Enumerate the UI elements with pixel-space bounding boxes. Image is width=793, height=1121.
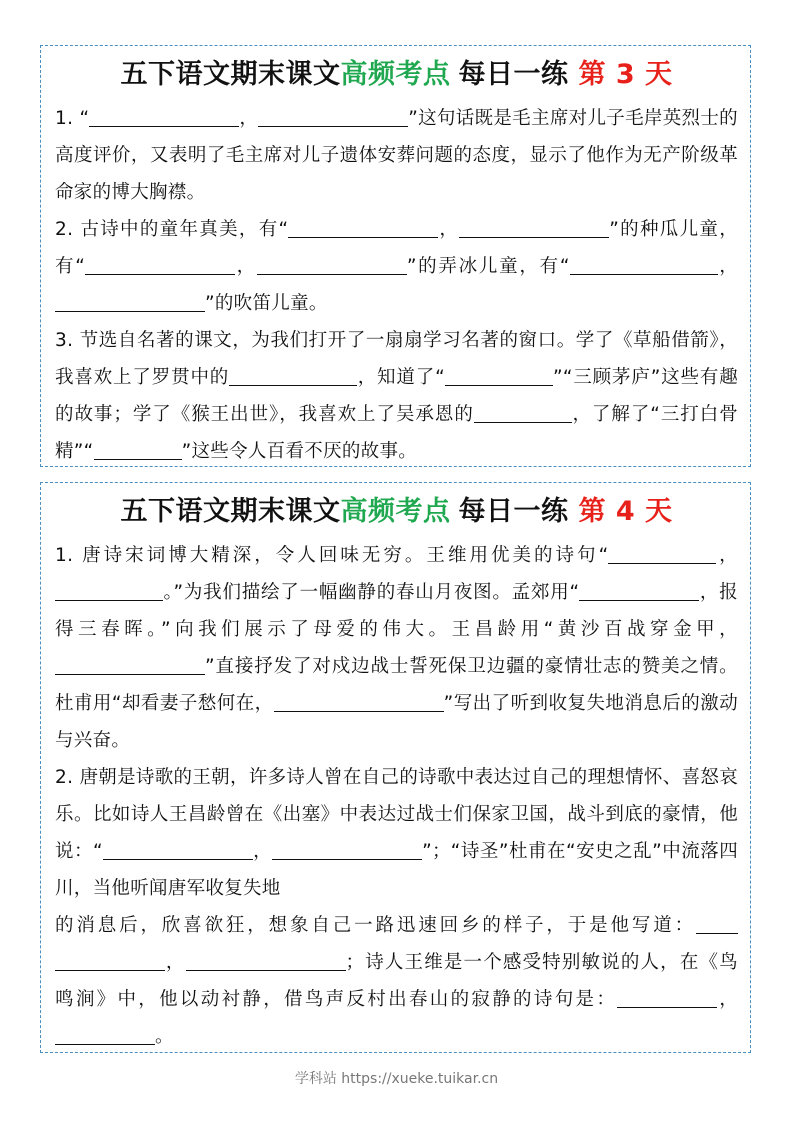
answer-blank[interactable] xyxy=(445,365,553,386)
practice-card-day-3: 五下语文期末课文高频考点每日一练第 3 天 1. “，”这句话既是毛主席对儿子毛… xyxy=(40,45,751,467)
question-text: ， xyxy=(716,545,738,566)
question-text: ， xyxy=(718,256,738,277)
title-part-daily: 每日一练 xyxy=(458,59,568,90)
title-part-course: 五下语文期末课文 xyxy=(120,59,340,90)
card-title: 五下语文期末课文高频考点每日一练第 4 天 xyxy=(55,497,738,527)
question-text: ”的吹笛儿童。 xyxy=(205,293,328,314)
answer-blank[interactable] xyxy=(617,987,677,1008)
answer-blank[interactable] xyxy=(474,402,510,423)
title-part-daily: 每日一练 xyxy=(458,496,568,527)
answer-blank[interactable] xyxy=(258,106,408,127)
question-text: ”的弄冰儿童，有“ xyxy=(407,256,570,277)
title-part-highlight: 高频考点 xyxy=(340,496,450,527)
question-3: 3. 节选自名著的课文，为我们打开了一扇扇学习名著的窗口。学了《草船借箭》，我喜… xyxy=(55,322,738,470)
answer-blank[interactable] xyxy=(186,950,346,971)
question-text: 的消息后，欣喜欲狂，想象自己一路迅速回乡的样子，于是他写道： xyxy=(55,915,696,936)
answer-blank[interactable] xyxy=(272,839,422,860)
answer-blank[interactable] xyxy=(696,913,738,934)
question-text: 。 xyxy=(155,1026,174,1047)
answer-blank[interactable] xyxy=(55,580,163,601)
answer-blank[interactable] xyxy=(667,580,699,601)
question-text: 。”为我们描绘了一幅幽静的春山月夜图。孟郊用“ xyxy=(163,582,579,603)
answer-blank[interactable] xyxy=(55,291,205,312)
answer-blank[interactable] xyxy=(677,987,717,1008)
question-text: 1. 唐诗宋词博大精深，令人回味无穷。王维用优美的诗句“ xyxy=(55,545,608,566)
footer-source: 学科站 https://xueke.tuikar.cn xyxy=(0,1068,793,1088)
answer-blank[interactable] xyxy=(510,402,572,423)
practice-card-day-4: 五下语文期末课文高频考点每日一练第 4 天 1. 唐诗宋词博大精深，令人回味无穷… xyxy=(40,482,751,1053)
answer-blank[interactable] xyxy=(257,254,407,275)
answer-blank[interactable] xyxy=(274,691,444,712)
answer-blank[interactable] xyxy=(459,217,609,238)
question-1: 1. “，”这句话既是毛主席对儿子毛岸英烈士的高度评价，又表明了毛主席对儿子遗体… xyxy=(55,100,738,211)
answer-blank[interactable] xyxy=(55,1024,155,1045)
card-title: 五下语文期末课文高频考点每日一练第 3 天 xyxy=(55,60,738,90)
answer-blank[interactable] xyxy=(55,654,205,675)
title-part-day: 第 4 天 xyxy=(578,496,672,527)
title-part-highlight: 高频考点 xyxy=(340,59,450,90)
question-text: ， xyxy=(165,952,186,973)
question-text: ，知道了“ xyxy=(357,367,445,388)
question-text: ， xyxy=(235,256,257,277)
title-part-day: 第 3 天 xyxy=(578,59,672,90)
answer-blank[interactable] xyxy=(103,839,253,860)
question-1: 1. 唐诗宋词博大精深，令人回味无穷。王维用优美的诗句“，。”为我们描绘了一幅幽… xyxy=(55,537,738,759)
answer-blank[interactable] xyxy=(570,254,656,275)
answer-blank[interactable] xyxy=(656,254,718,275)
question-text: ”这些令人百看不厌的故事。 xyxy=(182,441,418,462)
question-text: ， xyxy=(717,989,738,1010)
question-text: ， xyxy=(253,841,272,862)
answer-blank[interactable] xyxy=(579,580,667,601)
question-text: 1. “ xyxy=(55,108,89,129)
answer-blank[interactable] xyxy=(55,950,165,971)
answer-blank[interactable] xyxy=(94,439,182,460)
answer-blank[interactable] xyxy=(608,543,716,564)
answer-blank[interactable] xyxy=(288,217,438,238)
question-text: 2. 古诗中的童年真美，有“ xyxy=(55,219,288,240)
title-part-course: 五下语文期末课文 xyxy=(120,496,340,527)
answer-blank[interactable] xyxy=(85,254,235,275)
answer-blank[interactable] xyxy=(229,365,357,386)
question-text: ， xyxy=(438,219,459,240)
question-2: 2. 唐朝是诗歌的王朝，许多诗人曾在自己的诗歌中表达过自己的理想情怀、喜怒哀乐。… xyxy=(55,759,738,1055)
answer-blank[interactable] xyxy=(89,106,239,127)
question-text: ， xyxy=(239,108,258,129)
question-2: 2. 古诗中的童年真美，有“，”的种瓜儿童，有“，”的弄冰儿童，有“，”的吹笛儿… xyxy=(55,211,738,322)
